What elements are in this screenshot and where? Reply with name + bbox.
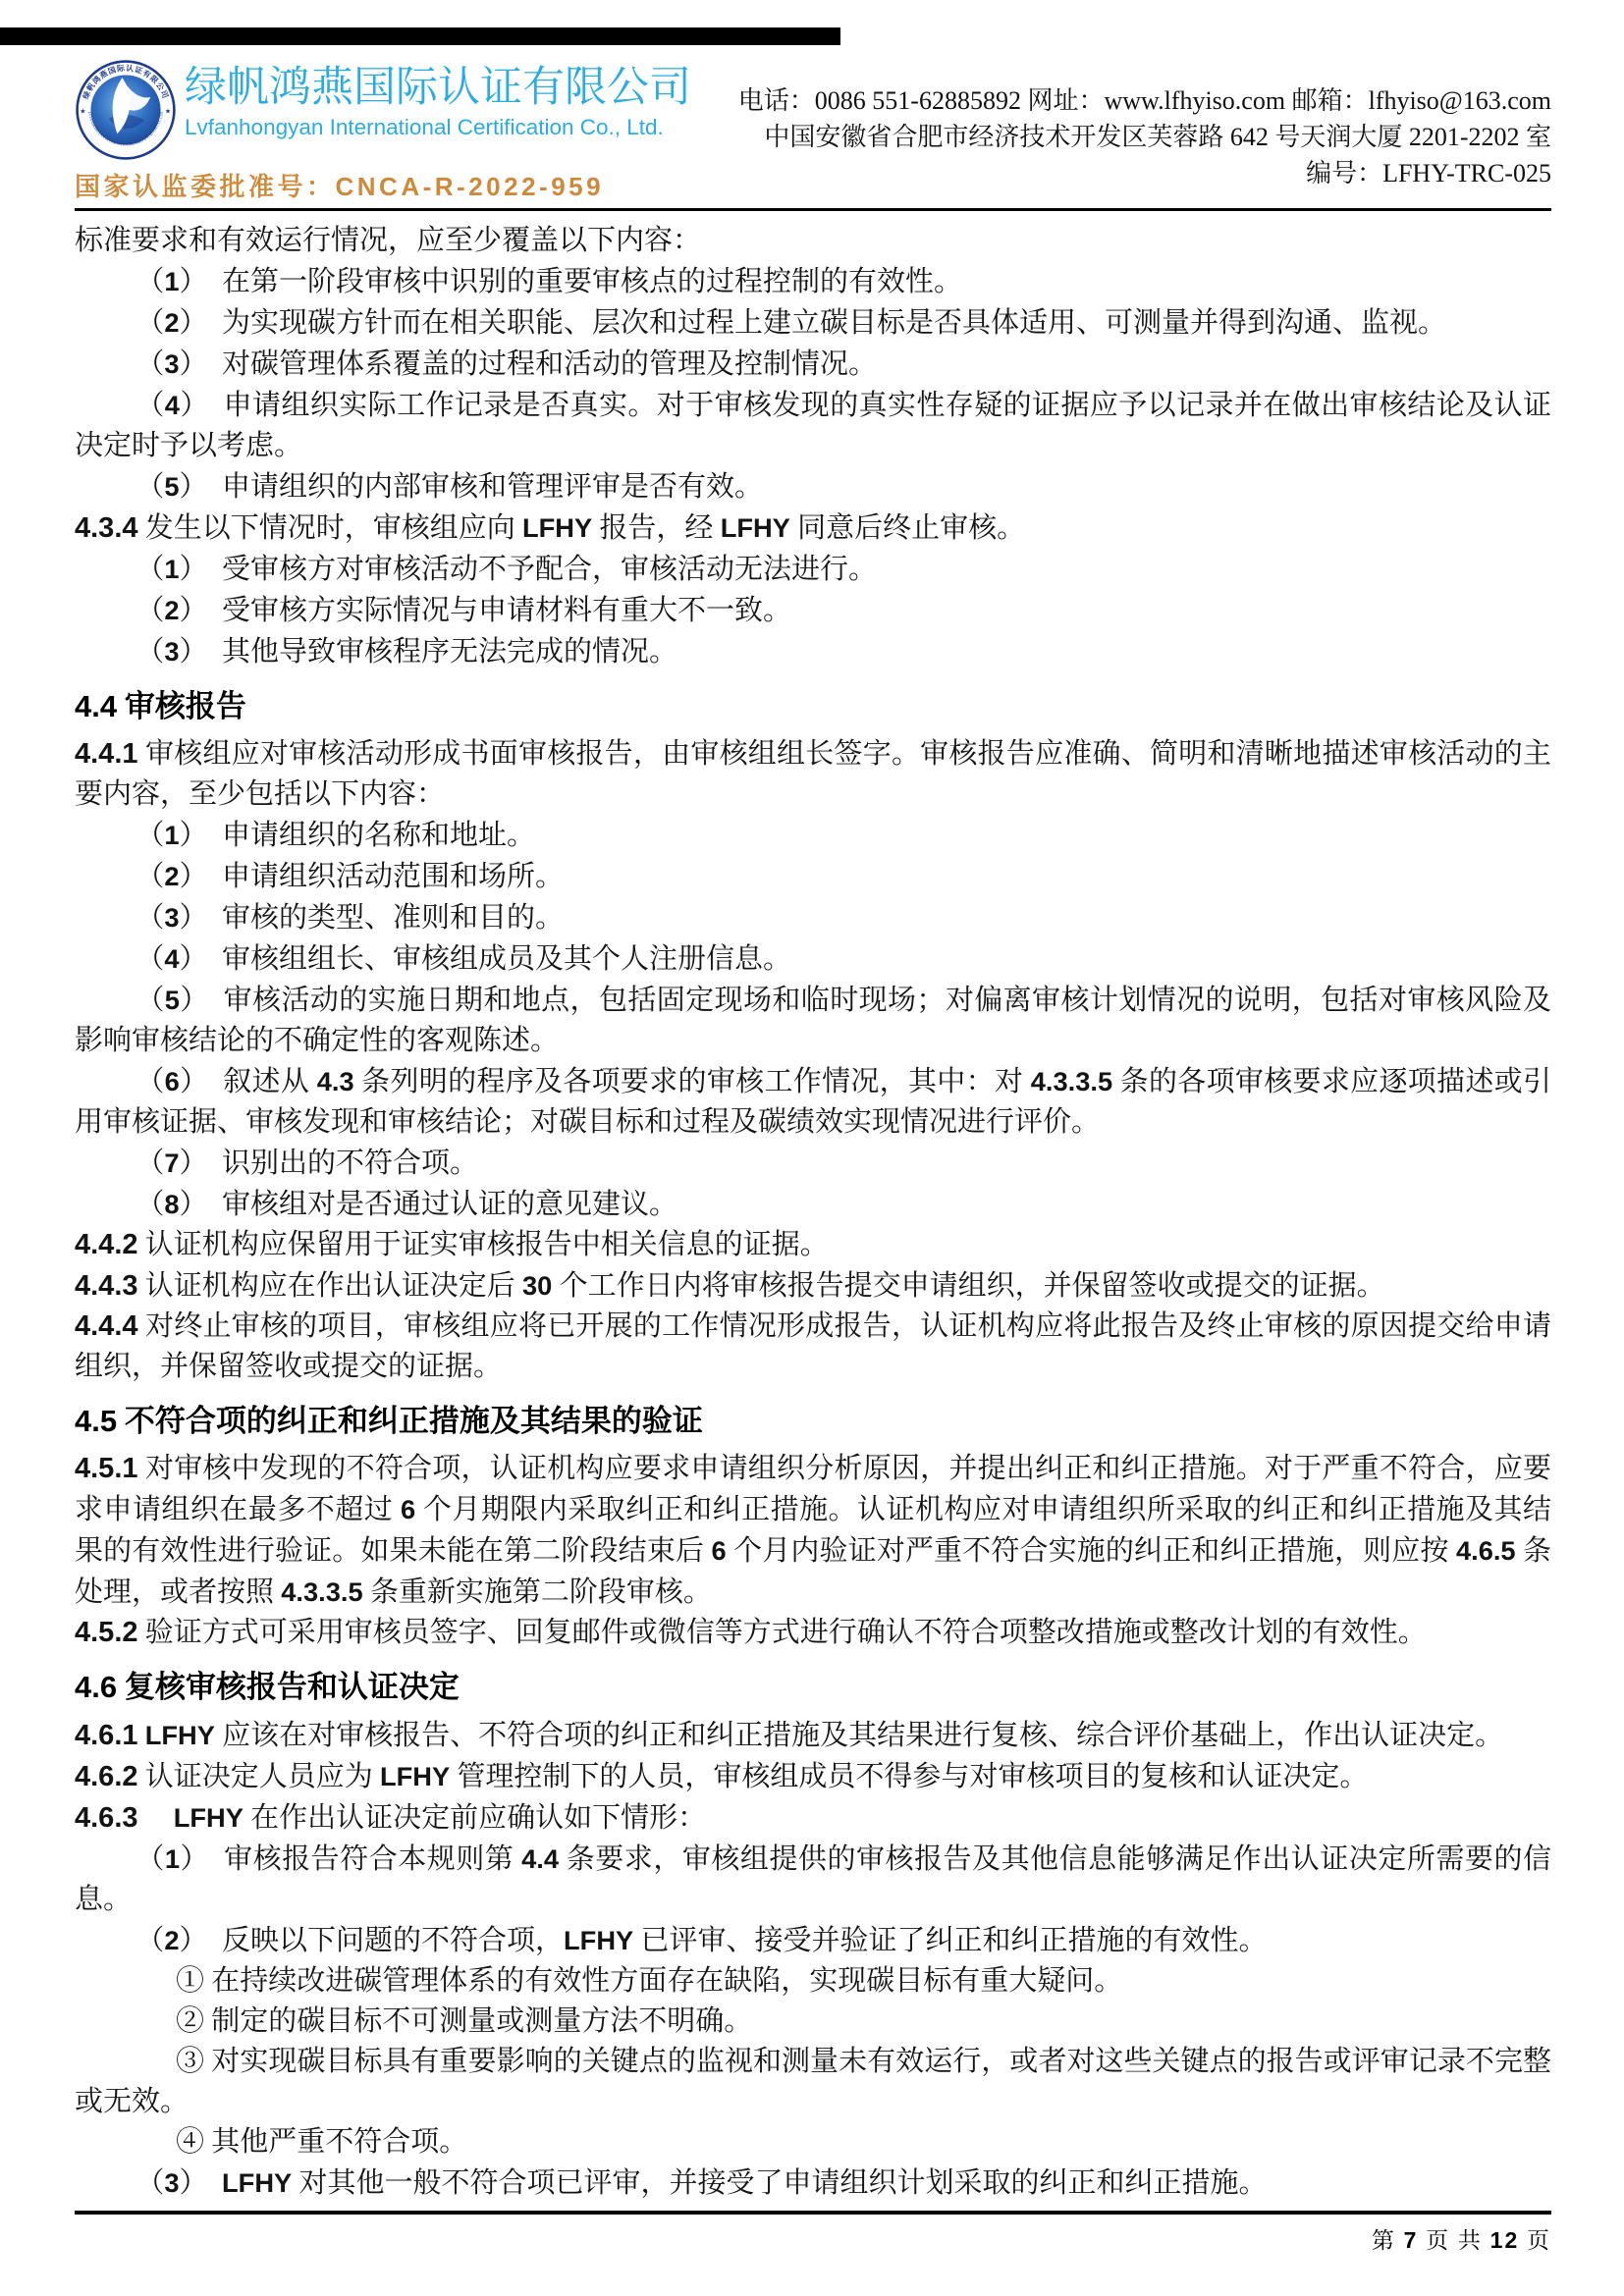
paragraph: 4.5.1 对审核中发现的不符合项，认证机构应要求申请组织分析原因，并提出纠正和… (75, 1449, 1551, 1613)
contact-info: 电话：0086 551-62885892 网址：www.lfhyiso.com … (738, 82, 1551, 119)
paragraph: 标准要求和有效运行情况，应至少覆盖以下内容： (75, 221, 1551, 261)
paragraph: 4.4.4 对终止审核的项目，审核组应将已开展的工作情况形成报告，认证机构应将此… (75, 1307, 1551, 1387)
paragraph: （5） 申请组织的内部审核和管理评审是否有效。 (75, 466, 1551, 507)
document-body: 标准要求和有效运行情况，应至少覆盖以下内容：（1） 在第一阶段审核中识别的重要审… (75, 221, 1551, 2204)
company-logo: 绿帆鸿燕国际认证有限公司 LVFANHONGYAN INTERNATIONAL … (75, 59, 177, 161)
paragraph: 4.4.1 审核组应对审核活动形成书面审核报告，由审核组组长签字。审核报告应准确… (75, 734, 1551, 815)
paragraph: （6） 叙述从 4.3 条列明的程序及各项要求的审核工作情况，其中：对 4.3.… (75, 1061, 1551, 1143)
paragraph: （1） 受审核方对审核活动不予配合，审核活动无法进行。 (75, 549, 1551, 590)
paragraph: （3） LFHY 对其他一般不符合项已评审，并接受了申请组织计划采取的纠正和纠正… (75, 2163, 1551, 2204)
section-heading: 4.6 复核审核报告和认证决定 (75, 1653, 1551, 1715)
paragraph: （8） 审核组对是否通过认证的意见建议。 (75, 1184, 1551, 1225)
paragraph: （1） 申请组织的名称和地址。 (75, 815, 1551, 856)
letterhead-right: 电话：0086 551-62885892 网址：www.lfhyiso.com … (738, 49, 1551, 191)
document-page: 绿帆鸿燕国际认证有限公司 LVFANHONGYAN INTERNATIONAL … (0, 0, 1624, 2296)
page-footer: 第 7 页 共 12 页 (75, 2211, 1551, 2255)
header-divider (75, 208, 1551, 211)
paragraph: （2） 为实现碳方针而在相关职能、层次和过程上建立碳目标是否具体适用、可测量并得… (75, 302, 1551, 344)
document-number: 编号：LFHY-TRC-025 (738, 155, 1551, 191)
paragraph: ④ 其他严重不符合项。 (75, 2122, 1551, 2163)
paragraph: 4.3.4 发生以下情况时，审核组应向 LFHY 报告，经 LFHY 同意后终止… (75, 507, 1551, 549)
paragraph: 4.6.3 LFHY 在作出认证决定前应确认如下情形： (75, 1797, 1551, 1839)
paragraph: （4） 申请组织实际工作记录是否真实。对于审核发现的真实性存疑的证据应予以记录并… (75, 385, 1551, 466)
paragraph: （1） 在第一阶段审核中识别的重要审核点的过程控制的有效性。 (75, 261, 1551, 302)
paragraph: ② 制定的碳目标不可测量或测量方法不明确。 (75, 2002, 1551, 2042)
paragraph: （3） 对碳管理体系覆盖的过程和活动的管理及控制情况。 (75, 344, 1551, 385)
logo-star-right-icon: ★ (165, 107, 171, 115)
section-heading: 4.5 不符合项的纠正和纠正措施及其结果的验证 (75, 1387, 1551, 1449)
paragraph: 4.6.2 认证决定人员应为 LFHY 管理控制下的人员，审核组成员不得参与对审… (75, 1756, 1551, 1797)
paragraph: 4.6.1 LFHY 应该在对审核报告、不符合项的纠正和纠正措施及其结果进行复核… (75, 1715, 1551, 1756)
paragraph: （7） 识别出的不符合项。 (75, 1143, 1551, 1184)
paragraph: 4.4.3 认证机构应在作出认证决定后 30 个工作日内将审核报告提交申请组织，… (75, 1265, 1551, 1307)
paragraph: （1） 审核报告符合本规则第 4.4 条要求，审核组提供的审核报告及其他信息能够… (75, 1839, 1551, 1920)
company-name-cn: 绿帆鸿燕国际认证有限公司 (185, 65, 691, 111)
paragraph: （3） 其他导致审核程序无法完成的情况。 (75, 631, 1551, 672)
paragraph: （5） 审核活动的实施日期和地点，包括固定现场和临时现场；对偏离审核计划情况的说… (75, 980, 1551, 1061)
logo-star-left-icon: ★ (80, 107, 85, 115)
paragraph: 4.4.2 认证机构应保留用于证实审核报告中相关信息的证据。 (75, 1225, 1551, 1265)
section-heading: 4.4 审核报告 (75, 672, 1551, 734)
paragraph: （3） 审核的类型、准则和目的。 (75, 897, 1551, 938)
scan-artifact-bar (0, 27, 840, 45)
page-number: 第 7 页 共 12 页 (1372, 2228, 1551, 2253)
paragraph: （2） 受审核方实际情况与申请材料有重大不一致。 (75, 590, 1551, 631)
paragraph: （4） 审核组组长、审核组成员及其个人注册信息。 (75, 938, 1551, 980)
company-address: 中国安徽省合肥市经济技术开发区芙蓉路 642 号天润大厦 2201-2202 室 (738, 119, 1551, 155)
letterhead-left: 绿帆鸿燕国际认证有限公司 LVFANHONGYAN INTERNATIONAL … (75, 49, 711, 203)
letterhead: 绿帆鸿燕国际认证有限公司 LVFANHONGYAN INTERNATIONAL … (75, 49, 1551, 203)
paragraph: （2） 反映以下问题的不符合项，LFHY 已评审、接受并验证了纠正和纠正措施的有… (75, 1920, 1551, 1961)
paragraph: ③ 对实现碳目标具有重要影响的关键点的监视和测量未有效运行，或者对这些关键点的报… (75, 2042, 1551, 2122)
paragraph: （2） 申请组织活动范围和场所。 (75, 856, 1551, 897)
paragraph: 4.5.2 验证方式可采用审核员签字、回复邮件或微信等方式进行确认不符合项整改措… (75, 1613, 1551, 1653)
company-logo-emblem-icon: 绿帆鸿燕国际认证有限公司 LVFANHONGYAN INTERNATIONAL … (75, 59, 177, 161)
approval-number: 国家认监委批准号：CNCA-R-2022-959 (75, 167, 711, 203)
company-name-en: Lvfanhongyan International Certification… (185, 114, 691, 140)
paragraph: ① 在持续改进碳管理体系的有效性方面存在缺陷，实现碳目标有重大疑问。 (75, 1961, 1551, 2002)
